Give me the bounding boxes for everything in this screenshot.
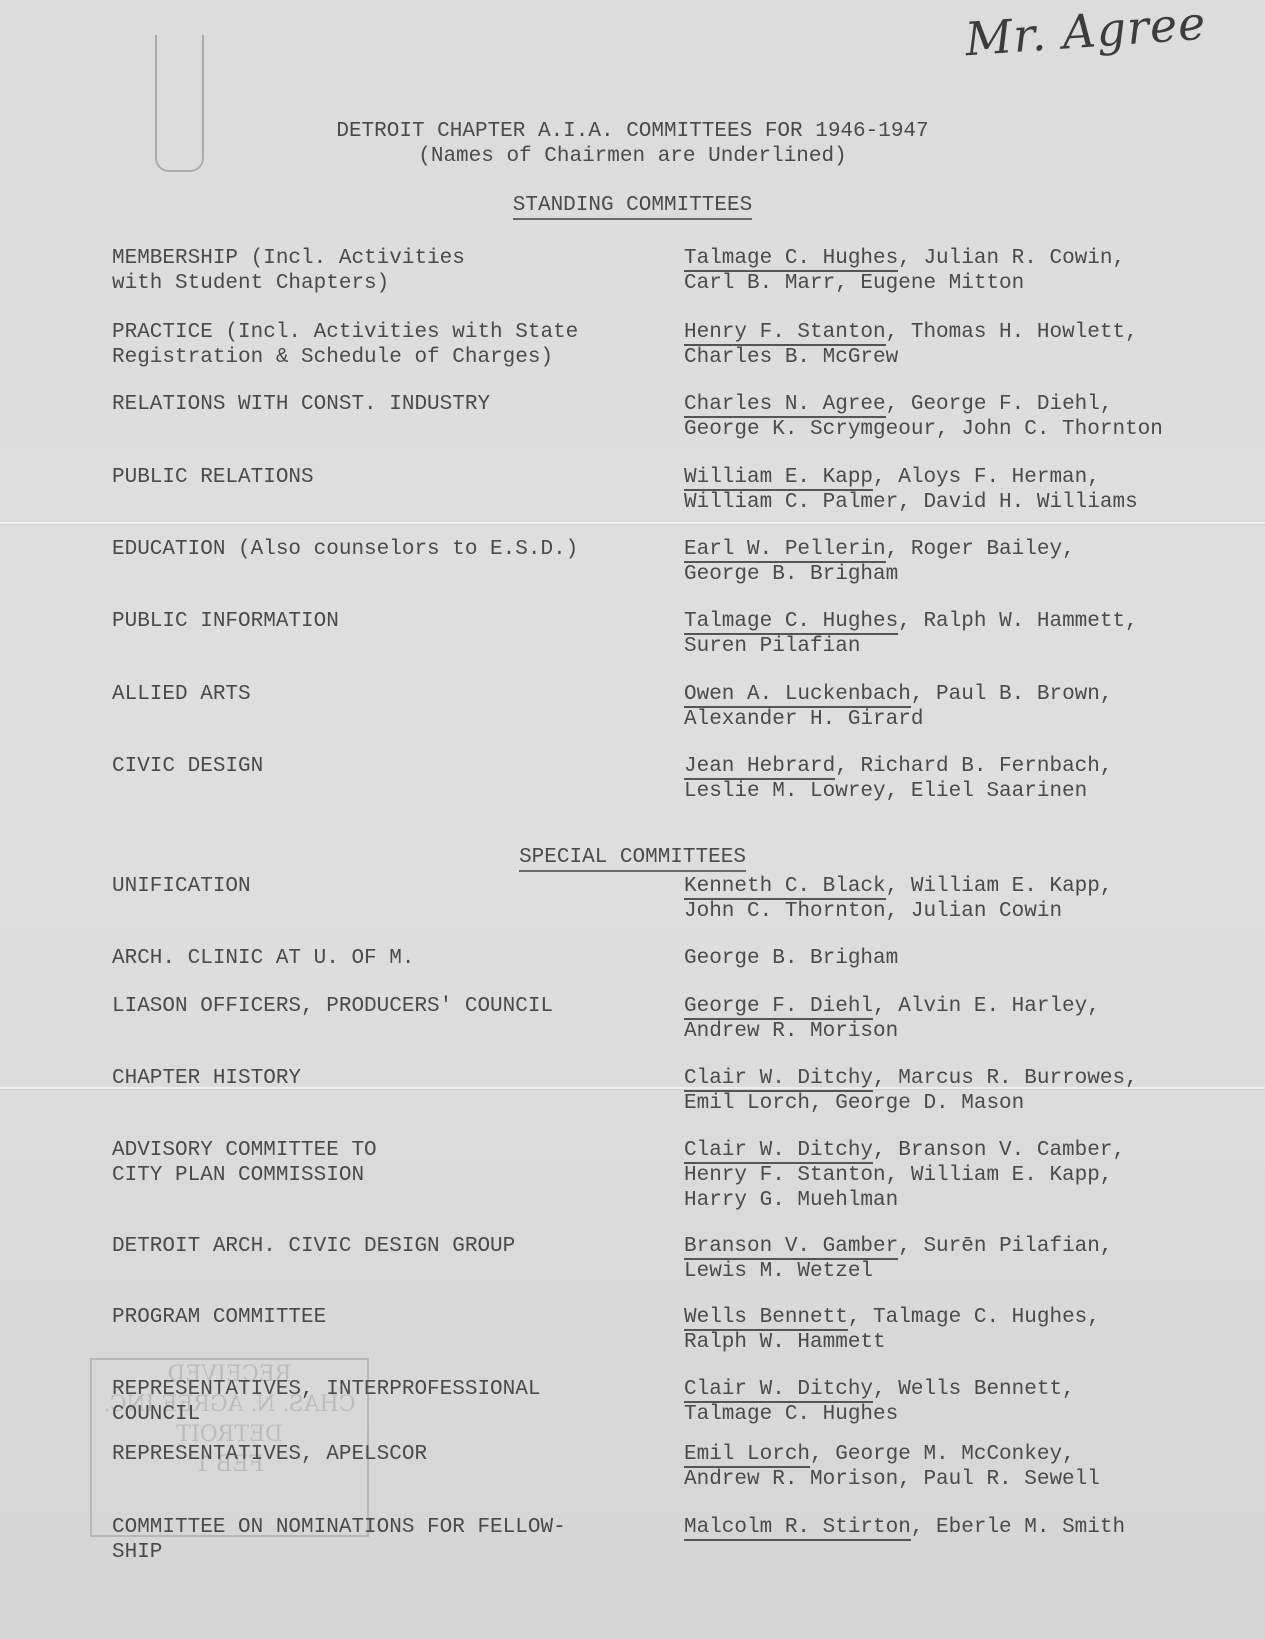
committee-members: Clair W. Ditchy, Wells Bennett,Talmage C… [684,1377,1264,1427]
members-line-1: Charles N. Agree, George F. Diehl, [684,392,1264,417]
members-line-1: Malcolm R. Stirton, Eberle M. Smith [684,1515,1264,1540]
committee-name: CIVIC DESIGN [112,754,672,779]
committee-members: Charles N. Agree, George F. Diehl,George… [684,392,1264,442]
members-text: , Ralph W. Hammett, [898,610,1137,633]
members-line-2: George B. Brigham [684,562,1264,587]
members-text: , Eberle M. Smith [911,1516,1125,1539]
section-heading-text: SPECIAL COMMITTEES [519,846,746,872]
members-line-2: Alexander H. Girard [684,707,1264,732]
committee-name: RELATIONS WITH CONST. INDUSTRY [112,392,672,417]
members-line-2: Andrew R. Morison [684,1019,1264,1044]
received-stamp: RECEIVED CHAS. N. AGREE INC. DETROIT FEB… [90,1358,369,1537]
chairman-name: Malcolm R. Stirton [684,1516,911,1541]
committee-name: ARCH. CLINIC AT U. OF M. [112,946,672,971]
committee-members: Jean Hebrard, Richard B. Fernbach,Leslie… [684,754,1264,804]
stamp-line: RECEIVED [92,1360,367,1390]
members-text: , Thomas H. Howlett, [886,321,1138,344]
chairman-name: Earl W. Pellerin [684,538,886,563]
members-line-1: George F. Diehl, Alvin E. Harley, [684,994,1264,1019]
committee-members: Clair W. Ditchy, Branson V. Camber,Henry… [684,1138,1264,1213]
committee-name: CHAPTER HISTORY [112,1066,672,1091]
committee-name: MEMBERSHIP (Incl. Activities with Studen… [112,246,672,296]
members-line-1: William E. Kapp, Aloys F. Herman, [684,465,1264,490]
committee-name: ADVISORY COMMITTEE TO CITY PLAN COMMISSI… [112,1138,672,1188]
chairman-name: Henry F. Stanton [684,321,886,346]
section-heading-standing: STANDING COMMITTEES [0,194,1265,217]
chairman-name: Owen A. Luckenbach [684,683,911,708]
committee-members: Wells Bennett, Talmage C. Hughes,Ralph W… [684,1305,1264,1355]
chairman-name: Emil Lorch [684,1443,810,1468]
members-text: , Branson V. Camber, [873,1139,1125,1162]
members-text: , Aloys F. Herman, [873,466,1100,489]
chairman-name: William E. Kapp [684,466,873,491]
chairman-name: Clair W. Ditchy [684,1139,873,1164]
committee-members: Earl W. Pellerin, Roger Bailey,George B.… [684,537,1264,587]
chairman-name: Clair W. Ditchy [684,1378,873,1403]
members-line-1: Owen A. Luckenbach, Paul B. Brown, [684,682,1264,707]
members-line-3: Harry G. Muehlman [684,1188,1264,1213]
members-text: , Richard B. Fernbach, [835,755,1112,778]
members-text: George B. Brigham [684,947,898,970]
committee-name: LIASON OFFICERS, PRODUCERS' COUNCIL [112,994,672,1019]
members-line-1: Emil Lorch, George M. McConkey, [684,1442,1264,1467]
members-line-1: Kenneth C. Black, William E. Kapp, [684,874,1264,899]
members-line-2: Suren Pilafian [684,634,1264,659]
committee-members: Clair W. Ditchy, Marcus R. Burrowes,Emil… [684,1066,1264,1116]
stamp-line: DETROIT [92,1420,367,1450]
chairman-name: Charles N. Agree [684,393,886,418]
members-line-2: Henry F. Stanton, William E. Kapp, [684,1163,1264,1188]
members-line-1: Talmage C. Hughes, Ralph W. Hammett, [684,609,1264,634]
members-line-1: Henry F. Stanton, Thomas H. Howlett, [684,320,1264,345]
committee-name: PRACTICE (Incl. Activities with State Re… [112,320,672,370]
section-heading-special: SPECIAL COMMITTEES [0,846,1265,869]
committee-name: PUBLIC RELATIONS [112,465,672,490]
section-heading-text: STANDING COMMITTEES [513,194,752,220]
handwritten-note: Mr. Agree [963,0,1208,66]
members-line-1: George B. Brigham [684,946,1264,971]
members-line-2: Leslie M. Lowrey, Eliel Saarinen [684,779,1264,804]
members-text: , Talmage C. Hughes, [848,1306,1100,1329]
chairman-name: George F. Diehl [684,995,873,1020]
document-page: Mr. Agree DETROIT CHAPTER A.I.A. COMMITT… [0,0,1265,1639]
committee-members: Henry F. Stanton, Thomas H. Howlett,Char… [684,320,1264,370]
committee-members: Malcolm R. Stirton, Eberle M. Smith [684,1515,1264,1540]
chairman-name: Wells Bennett [684,1306,848,1331]
members-line-2: Lewis M. Wetzel [684,1259,1264,1284]
committee-name: DETROIT ARCH. CIVIC DESIGN GROUP [112,1234,672,1259]
members-line-1: Clair W. Ditchy, Branson V. Camber, [684,1138,1264,1163]
stamp-line: FEB 1 [92,1450,367,1480]
committee-name: PROGRAM COMMITTEE [112,1305,672,1330]
members-line-2: Andrew R. Morison, Paul R. Sewell [684,1467,1264,1492]
committee-members: Branson V. Gamber, Surēn Pilafian,Lewis … [684,1234,1264,1284]
committee-name: UNIFICATION [112,874,672,899]
members-text: , Marcus R. Burrowes, [873,1067,1138,1090]
members-text: , George M. McConkey, [810,1443,1075,1466]
stamp-line: CHAS. N. AGREE INC. [92,1390,367,1420]
members-line-1: Clair W. Ditchy, Wells Bennett, [684,1377,1264,1402]
committee-members: William E. Kapp, Aloys F. Herman,William… [684,465,1264,515]
members-line-1: Jean Hebrard, Richard B. Fernbach, [684,754,1264,779]
chairman-name: Talmage C. Hughes [684,247,898,272]
members-line-2: Talmage C. Hughes [684,1402,1264,1427]
committee-members: Kenneth C. Black, William E. Kapp,John C… [684,874,1264,924]
members-line-1: Clair W. Ditchy, Marcus R. Burrowes, [684,1066,1264,1091]
members-line-1: Wells Bennett, Talmage C. Hughes, [684,1305,1264,1330]
members-text: , Paul B. Brown, [911,683,1113,706]
members-line-1: Earl W. Pellerin, Roger Bailey, [684,537,1264,562]
members-text: , Alvin E. Harley, [873,995,1100,1018]
chairman-name: Kenneth C. Black [684,875,886,900]
members-line-1: Talmage C. Hughes, Julian R. Cowin, [684,246,1264,271]
members-text: , Roger Bailey, [886,538,1075,561]
chairman-name: Talmage C. Hughes [684,610,898,635]
committee-members: Talmage C. Hughes, Ralph W. Hammett,Sure… [684,609,1264,659]
paper-fold [0,522,1265,524]
committee-members: Emil Lorch, George M. McConkey,Andrew R.… [684,1442,1264,1492]
chairman-name: Branson V. Gamber [684,1235,898,1260]
members-line-2: Emil Lorch, George D. Mason [684,1091,1264,1116]
members-line-2: John C. Thornton, Julian Cowin [684,899,1264,924]
committee-members: Owen A. Luckenbach, Paul B. Brown,Alexan… [684,682,1264,732]
members-text: , Surēn Pilafian, [898,1235,1112,1258]
members-text: , Wells Bennett, [873,1378,1075,1401]
committee-members: George B. Brigham [684,946,1264,971]
members-line-2: Ralph W. Hammett [684,1330,1264,1355]
members-line-2: William C. Palmer, David H. Williams [684,490,1264,515]
members-line-1: Branson V. Gamber, Surēn Pilafian, [684,1234,1264,1259]
chairman-name: Jean Hebrard [684,755,835,780]
members-text: , William E. Kapp, [886,875,1113,898]
committee-name: EDUCATION (Also counselors to E.S.D.) [112,537,672,562]
document-title: DETROIT CHAPTER A.I.A. COMMITTEES FOR 19… [0,120,1265,143]
members-line-2: George K. Scrymgeour, John C. Thornton [684,417,1264,442]
members-line-2: Charles B. McGrew [684,345,1264,370]
chairman-name: Clair W. Ditchy [684,1067,873,1092]
members-text: , Julian R. Cowin, [898,247,1125,270]
members-line-2: Carl B. Marr, Eugene Mitton [684,271,1264,296]
document-subtitle: (Names of Chairmen are Underlined) [0,145,1265,168]
committee-name: PUBLIC INFORMATION [112,609,672,634]
committee-members: Talmage C. Hughes, Julian R. Cowin,Carl … [684,246,1264,296]
members-text: , George F. Diehl, [886,393,1113,416]
committee-members: George F. Diehl, Alvin E. Harley,Andrew … [684,994,1264,1044]
committee-name: ALLIED ARTS [112,682,672,707]
